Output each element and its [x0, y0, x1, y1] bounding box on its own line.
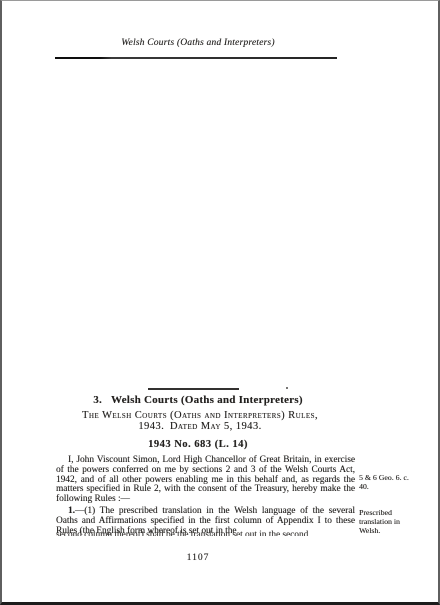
document-page: Welsh Courts (Oaths and Interpreters) 3.…	[0, 0, 440, 605]
instrument-number: 1943 No. 683 (L. 14)	[42, 439, 354, 450]
preamble-paragraph: I, John Viscount Simon, Lord High Chance…	[56, 456, 355, 505]
running-head: Welsh Courts (Oaths and Interpreters)	[42, 38, 354, 48]
rules-title-line2: 1943. Dated May 5, 1943.	[42, 421, 358, 432]
scan-speck	[286, 387, 288, 389]
section-title: Welsh Courts (Oaths and Interpreters)	[111, 394, 303, 406]
rules-title-line1: The Welsh Courts (Oaths and Interpreters…	[42, 410, 358, 421]
header-rule	[55, 57, 337, 59]
section-heading: 3.Welsh Courts (Oaths and Interpreters)	[42, 394, 354, 406]
section-divider-rule	[148, 388, 239, 390]
rule1-number: 1.	[68, 506, 75, 516]
margin-note-statute-citation: 5 & 6 Geo. 6. c. 40.	[359, 473, 419, 491]
section-number: 3.	[93, 394, 102, 406]
margin-note-rule1: Prescribed translation in Welsh.	[359, 508, 419, 535]
rule1-truncated-line: second column thereof) shall be the tran…	[56, 530, 355, 536]
page-number: 1107	[42, 553, 354, 563]
